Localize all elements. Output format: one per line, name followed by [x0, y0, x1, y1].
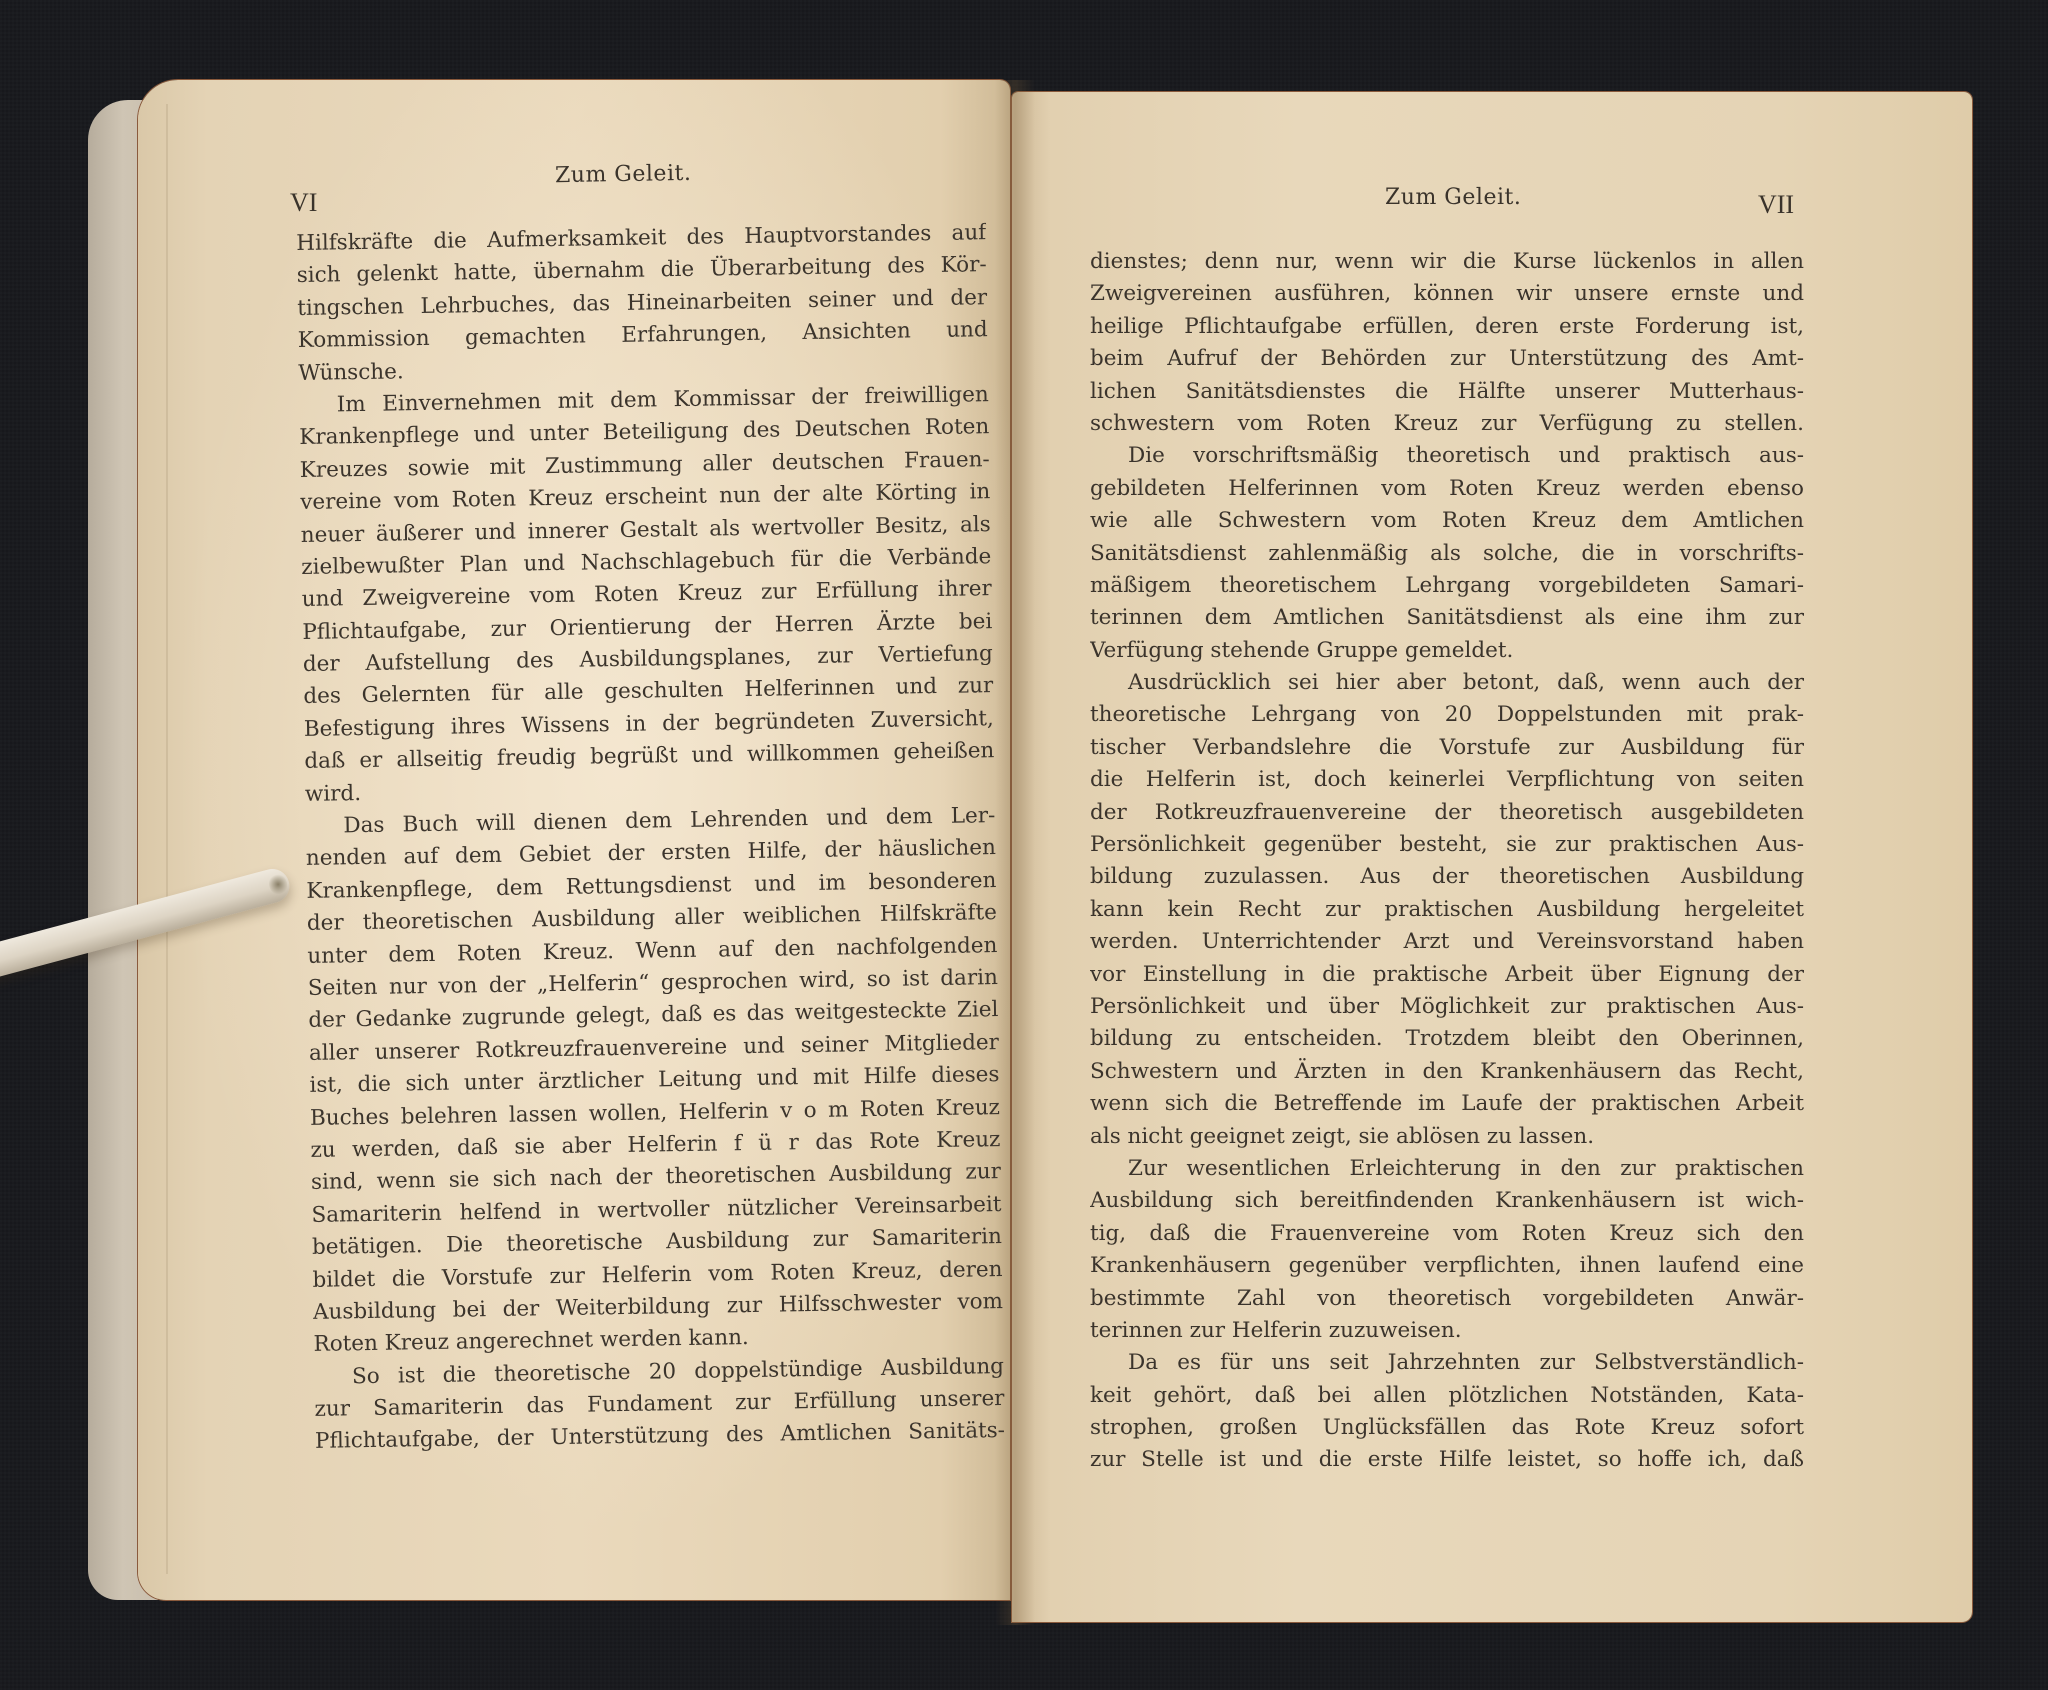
text-line: lichen Sanitätsdienstes die Hälfte unser… — [1090, 376, 1804, 408]
right-page-number: VII — [1758, 190, 1794, 220]
text-line: theoretische Lehrgang von 20 Doppelstund… — [1090, 699, 1804, 731]
text-line: tischer Verbandslehre die Vorstufe zur A… — [1090, 732, 1804, 764]
text-line: schwestern vom Roten Kreuz zur Verfügung… — [1090, 408, 1804, 440]
text-line: der Rotkreuzfrauenvereine der theoretisc… — [1090, 797, 1804, 829]
text-line: Sanitätsdienst zahlenmäßig als solche, d… — [1090, 538, 1804, 570]
text-line: Persönlichkeit und über Möglichkeit zur … — [1090, 991, 1804, 1023]
text-line: Ausbildung sich bereitfindenden Krankenh… — [1090, 1185, 1804, 1217]
text-line: mäßigem theoretischem Lehrgang vorgebild… — [1090, 570, 1804, 602]
text-line: Schwestern und Ärzten in den Krankenhäus… — [1090, 1056, 1804, 1088]
text-line: Zweigvereinen ausführen, können wir unse… — [1090, 278, 1804, 310]
text-line: Ausdrücklich sei hier aber betont, daß, … — [1090, 667, 1804, 699]
text-line: kann kein Recht zur praktischen Ausbildu… — [1090, 894, 1804, 926]
text-line: bildung zu entscheiden. Trotzdem bleibt … — [1090, 1023, 1804, 1055]
pointer-tip-icon — [267, 871, 290, 897]
text-line: wenn sich die Betreffende im Laufe der p… — [1090, 1088, 1804, 1120]
text-line: tig, daß die Frauenvereine vom Roten Kre… — [1090, 1218, 1804, 1250]
text-line: heilige Pflichtaufgabe erfüllen, deren e… — [1090, 311, 1804, 343]
text-line: gebildeten Helferinnen vom Roten Kreuz w… — [1090, 473, 1804, 505]
text-line: zur Stelle ist und die erste Hilfe leist… — [1090, 1444, 1804, 1476]
text-line: Krankenhäusern gegenüber verpflichten, i… — [1090, 1250, 1804, 1282]
right-page-body: dienstes; denn nur, wenn wir die Kurse l… — [1090, 246, 1804, 1477]
text-line: als nicht geeignet zeigt, sie ablösen zu… — [1090, 1121, 1804, 1153]
text-line: beim Aufruf der Behörden zur Unterstützu… — [1090, 343, 1804, 375]
text-line: Verfügung stehende Gruppe gemeldet. — [1090, 635, 1804, 667]
text-line: Die vorschriftsmäßig theoretisch und pra… — [1090, 440, 1804, 472]
text-line: die Helferin ist, doch keinerlei Verpfli… — [1090, 764, 1804, 796]
text-line: werden. Unterrichtender Arzt und Vereins… — [1090, 926, 1804, 958]
text-line: Zur wesentlichen Erleichterung in den zu… — [1090, 1153, 1804, 1185]
page-edge-line — [166, 104, 168, 1574]
text-line: terinnen zur Helferin zuzuweisen. — [1090, 1315, 1804, 1347]
text-line: Da es für uns seit Jahrzehnten zur Selbs… — [1090, 1347, 1804, 1379]
text-line: strophen, großen Unglücksfällen das Rote… — [1090, 1412, 1804, 1444]
text-line: Persönlichkeit gegenüber besteht, sie zu… — [1090, 829, 1804, 861]
left-page-number: VI — [290, 188, 317, 218]
right-running-head: Zum Geleit. — [1385, 185, 1521, 210]
text-line: vor Einstellung in die praktische Arbeit… — [1090, 959, 1804, 991]
text-line: wie alle Schwestern vom Roten Kreuz dem … — [1090, 505, 1804, 537]
text-line: bestimmte Zahl von theoretisch vorgebild… — [1090, 1283, 1804, 1315]
text-line: dienstes; denn nur, wenn wir die Kurse l… — [1090, 246, 1804, 278]
text-line: terinnen dem Amtlichen Sanitätsdienst al… — [1090, 602, 1804, 634]
text-line: keit gehört, daß bei allen plötzlichen N… — [1090, 1380, 1804, 1412]
left-running-head: Zum Geleit. — [555, 161, 692, 188]
text-line: bildung zuzulassen. Aus der theoretische… — [1090, 861, 1804, 893]
left-page-body: Hilfskräfte die Aufmerksamkeit des Haupt… — [296, 217, 1005, 1459]
